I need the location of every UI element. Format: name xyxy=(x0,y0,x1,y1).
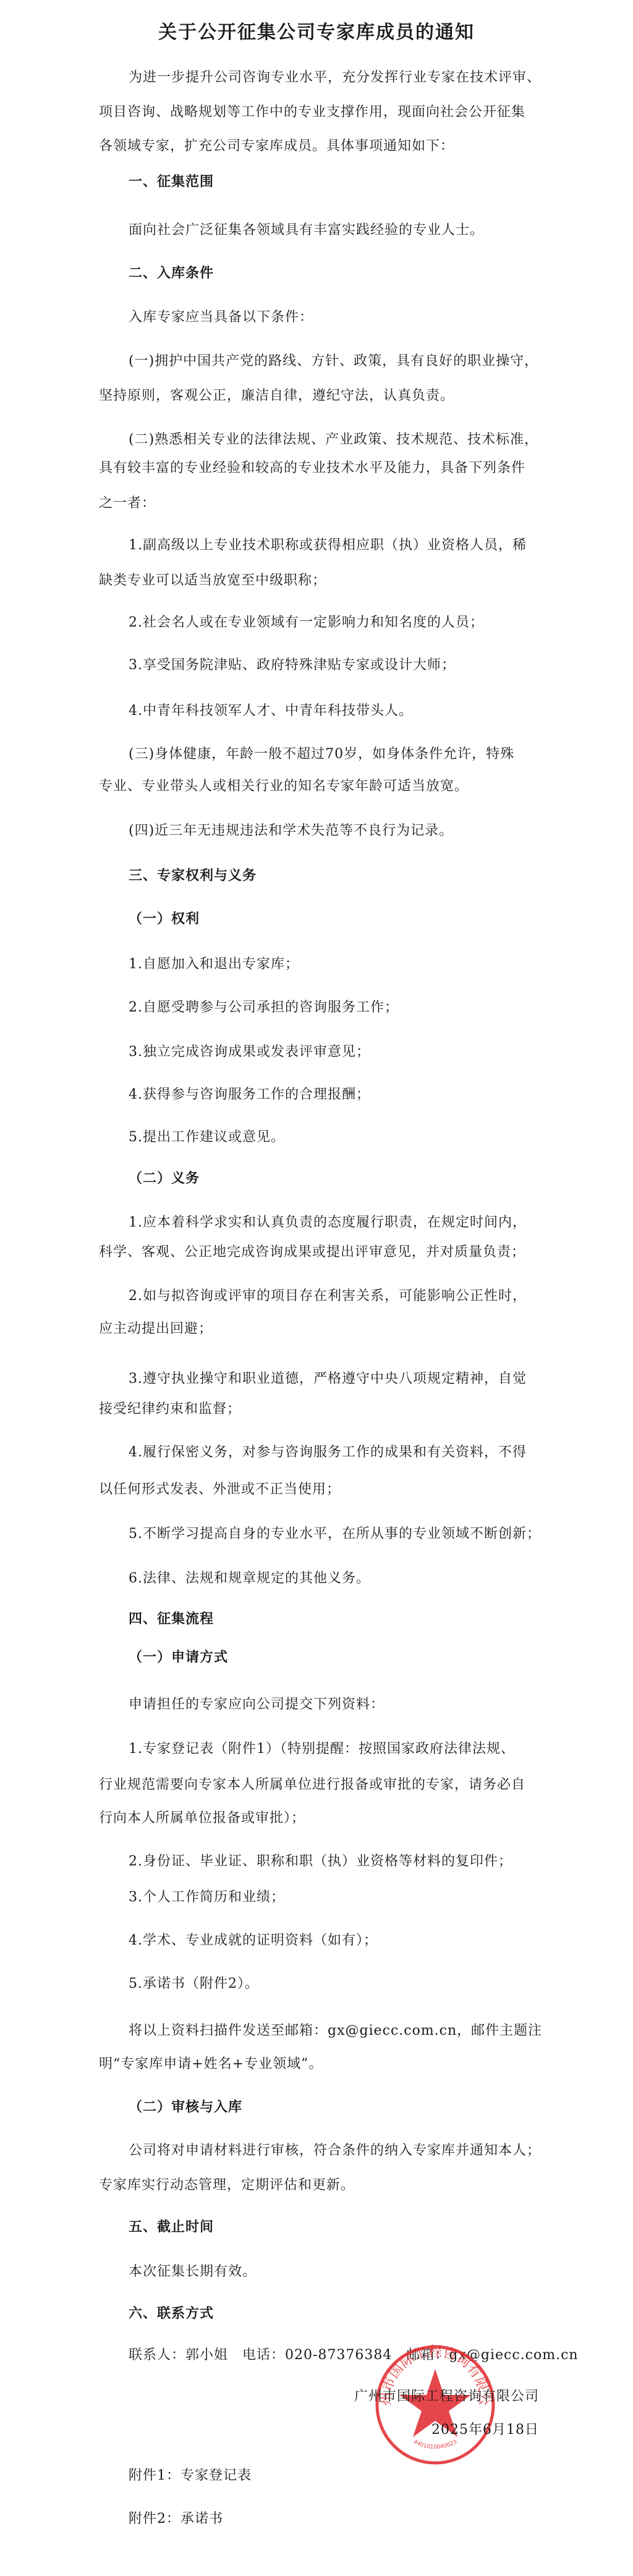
condition-line: (二)熟悉相关专业的法律法规、产业政策、技术规范、技术标准， xyxy=(129,431,538,449)
paragraph: 入库专家应当具备以下条件： xyxy=(129,308,313,327)
subsection-heading: （一）权利 xyxy=(129,910,200,929)
apply-item: 行业规范需要向专家本人所属单位进行报备或审批的专家，请务必自 xyxy=(99,1776,525,1794)
section-heading: 六、联系方式 xyxy=(129,2305,214,2323)
paragraph: 本次征集长期有效。 xyxy=(129,2263,257,2281)
condition-item: 2.社会名人或在专业领域有一定影响力和知名度的人员； xyxy=(129,614,484,632)
review-line: 公司将对申请材料进行审核，符合条件的纳入专家库并通知本人； xyxy=(129,2142,541,2160)
condition-line: 之一者： xyxy=(99,494,156,513)
duties-item: 科学、客观、公正地完成咨询成果或提出评审意见，并对质量负责； xyxy=(99,1243,525,1262)
rights-item: 2.自愿受聘参与公司承担的咨询服务工作； xyxy=(129,999,399,1017)
signature-date: 2025年6月18日 xyxy=(431,2421,539,2439)
section-heading: 二、入库条件 xyxy=(129,264,214,283)
condition-line: (一)拥护中国共产党的路线、方针、政策，具有良好的职业操守， xyxy=(129,352,538,371)
duties-item: 以任何形式发表、外泄或不正当使用； xyxy=(99,1480,341,1499)
intro-line: 各领域专家，扩充公司专家库成员。具体事项通知如下： xyxy=(99,137,454,156)
subsection-heading: （二）审核与入库 xyxy=(129,2098,242,2117)
section-heading: 五、截止时间 xyxy=(129,2218,214,2237)
review-line: 专家库实行动态管理，定期评估和更新。 xyxy=(99,2176,355,2195)
apply-item: 2.身份证、毕业证、职称和职（执）业资格等材料的复印件； xyxy=(129,1852,512,1871)
condition-line: (三)身体健康，年龄一般不超过70岁，如身体条件允许，特殊 xyxy=(129,745,514,764)
rights-item: 4.获得参与咨询服务工作的合理报酬； xyxy=(129,1086,370,1104)
duties-item: 3.遵守执业操守和职业道德，严格遵守中央八项规定精神，自觉 xyxy=(129,1370,527,1388)
paragraph: 申请担任的专家应向公司提交下列资料： xyxy=(129,1696,384,1714)
condition-item: 3.享受国务院津贴、政府特殊津贴专家或设计大师； xyxy=(129,656,456,675)
duties-item: 2.如与拟咨询或评审的项目存在利害关系，可能影响公正性时， xyxy=(129,1287,527,1306)
duties-item: 1.应本着科学求实和认真负责的态度履行职责，在规定时间内， xyxy=(129,1214,527,1232)
document-title: 关于公开征集公司专家库成员的通知 xyxy=(0,23,633,42)
duties-item: 5.不断学习提高自身的专业水平，在所从事的专业领域不断创新； xyxy=(129,1525,541,1543)
apply-item: 4.学术、专业成就的证明资料（如有）； xyxy=(129,1932,378,1950)
apply-item: 5.承诺书（附件2）。 xyxy=(129,1975,259,1993)
svg-text:4401010040023: 4401010040023 xyxy=(412,2439,458,2451)
section-heading: 三、专家权利与义务 xyxy=(129,867,257,885)
rights-item: 1.自愿加入和退出专家库； xyxy=(129,955,299,974)
intro-line: 项目咨询、战略规划等工作中的专业支撑作用，现面向社会公开征集 xyxy=(99,103,525,122)
intro-line: 为进一步提升公司咨询专业水平，充分发挥行业专家在技术评审、 xyxy=(129,69,541,87)
attachment-item: 附件1：专家登记表 xyxy=(129,2467,252,2485)
duties-item: 6.法律、法规和规章规定的其他义务。 xyxy=(129,1569,370,1588)
duties-item: 应主动提出回避； xyxy=(99,1320,213,1338)
attachment-item: 附件2：承诺书 xyxy=(129,2510,223,2528)
condition-item: 1.副高级以上专业技术职称或获得相应职（执）业资格人员，稀 xyxy=(129,536,527,555)
condition-line: 坚持原则，客观公正，廉洁自律，遵纪守法，认真负责。 xyxy=(99,387,454,405)
email-note: 将以上资料扫描件发送至邮箱：gx@giecc.com.cn，邮件主题注 xyxy=(129,2022,542,2040)
section-heading: 四、征集流程 xyxy=(129,1610,214,1629)
apply-item: 3.个人工作简历和业绩； xyxy=(129,1888,285,1907)
rights-item: 3.独立完成咨询成果或发表评审意见； xyxy=(129,1043,370,1062)
apply-item: 行向本人所属单位报备或审批）； xyxy=(99,1809,305,1828)
subsection-heading: （一）申请方式 xyxy=(129,1649,228,1667)
section-heading: 一、征集范围 xyxy=(129,173,214,192)
duties-item: 4.履行保密义务，对参与咨询服务工作的成果和有关资料，不得 xyxy=(129,1443,527,1462)
rights-item: 5.提出工作建议或意见。 xyxy=(129,1128,285,1147)
condition-item: 4.中青年科技领军人才、中青年科技带头人。 xyxy=(129,702,413,720)
paragraph: 面向社会广泛征集各领域具有丰富实践经验的专业人士。 xyxy=(129,221,484,240)
condition-line: 专业、专业带头人或相关行业的知名专家年龄可适当放宽。 xyxy=(99,777,469,796)
subsection-heading: （二）义务 xyxy=(129,1170,200,1188)
signature-company: 广州市国际工程咨询有限公司 xyxy=(354,2388,539,2406)
condition-line: 具有较丰富的专业经验和较高的专业技术水平及能力，具备下列条件 xyxy=(99,459,525,478)
condition-line: (四)近三年无违规违法和学术失范等不良行为记录。 xyxy=(129,822,453,840)
condition-item: 缺类专业可以适当放宽至中级职称； xyxy=(99,572,326,590)
email-note: 明“专家库申请+姓名+专业领域”。 xyxy=(99,2055,323,2074)
apply-item: 1.专家登记表（附件1）（特别提醒：按照国家政府法律法规、 xyxy=(129,1740,515,1759)
duties-item: 接受纪律约束和监督； xyxy=(99,1400,241,1419)
contact-line: 联系人：郭小姐 电话：020-87376384 邮箱：gx@giecc.com.… xyxy=(129,2346,579,2365)
